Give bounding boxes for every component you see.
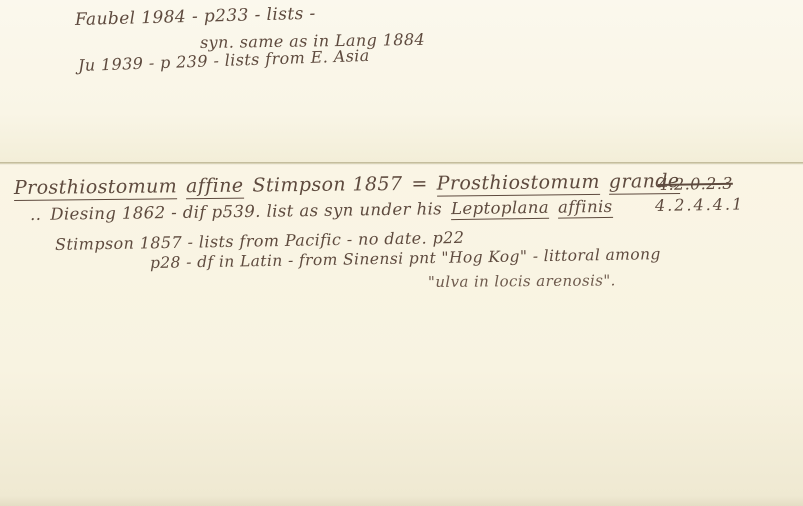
ditto-marks: .. bbox=[30, 205, 42, 224]
top-card-line-3: Ju 1939 - p 239 - lists from E. Asia bbox=[78, 46, 370, 75]
main-card: Prosthiostomum affine Stimpson 1857 = Pr… bbox=[0, 165, 803, 506]
diesing-leptoplana: Leptoplana bbox=[451, 198, 549, 220]
heading-genus-2: Prosthiostomum bbox=[437, 171, 600, 197]
catalog-number-crossed-out: 4.2.0.2.3 bbox=[658, 174, 733, 194]
scanned-index-card: Faubel 1984 - p233 - lists - syn. same a… bbox=[0, 0, 803, 506]
top-card: Faubel 1984 - p233 - lists - syn. same a… bbox=[0, 0, 803, 162]
heading-author: Stimpson 1857 bbox=[252, 173, 402, 197]
heading-genus-1: Prosthiostomum bbox=[14, 175, 177, 201]
reference-line-diesing: .. Diesing 1862 - dif p539. list as syn … bbox=[30, 197, 622, 226]
diesing-text: Diesing 1862 - dif p539. list as syn und… bbox=[50, 199, 442, 223]
top-card-line-1: Faubel 1984 - p233 - lists - bbox=[75, 4, 316, 30]
latin-habitat-quote: "ulva in locis arenosis". bbox=[428, 271, 616, 291]
diesing-affinis: affinis bbox=[558, 197, 613, 219]
heading-species-1: affine bbox=[186, 175, 244, 200]
heading-equals-sign: = bbox=[411, 173, 428, 195]
catalog-number-current: 4.2.4.4.1 bbox=[655, 194, 745, 215]
